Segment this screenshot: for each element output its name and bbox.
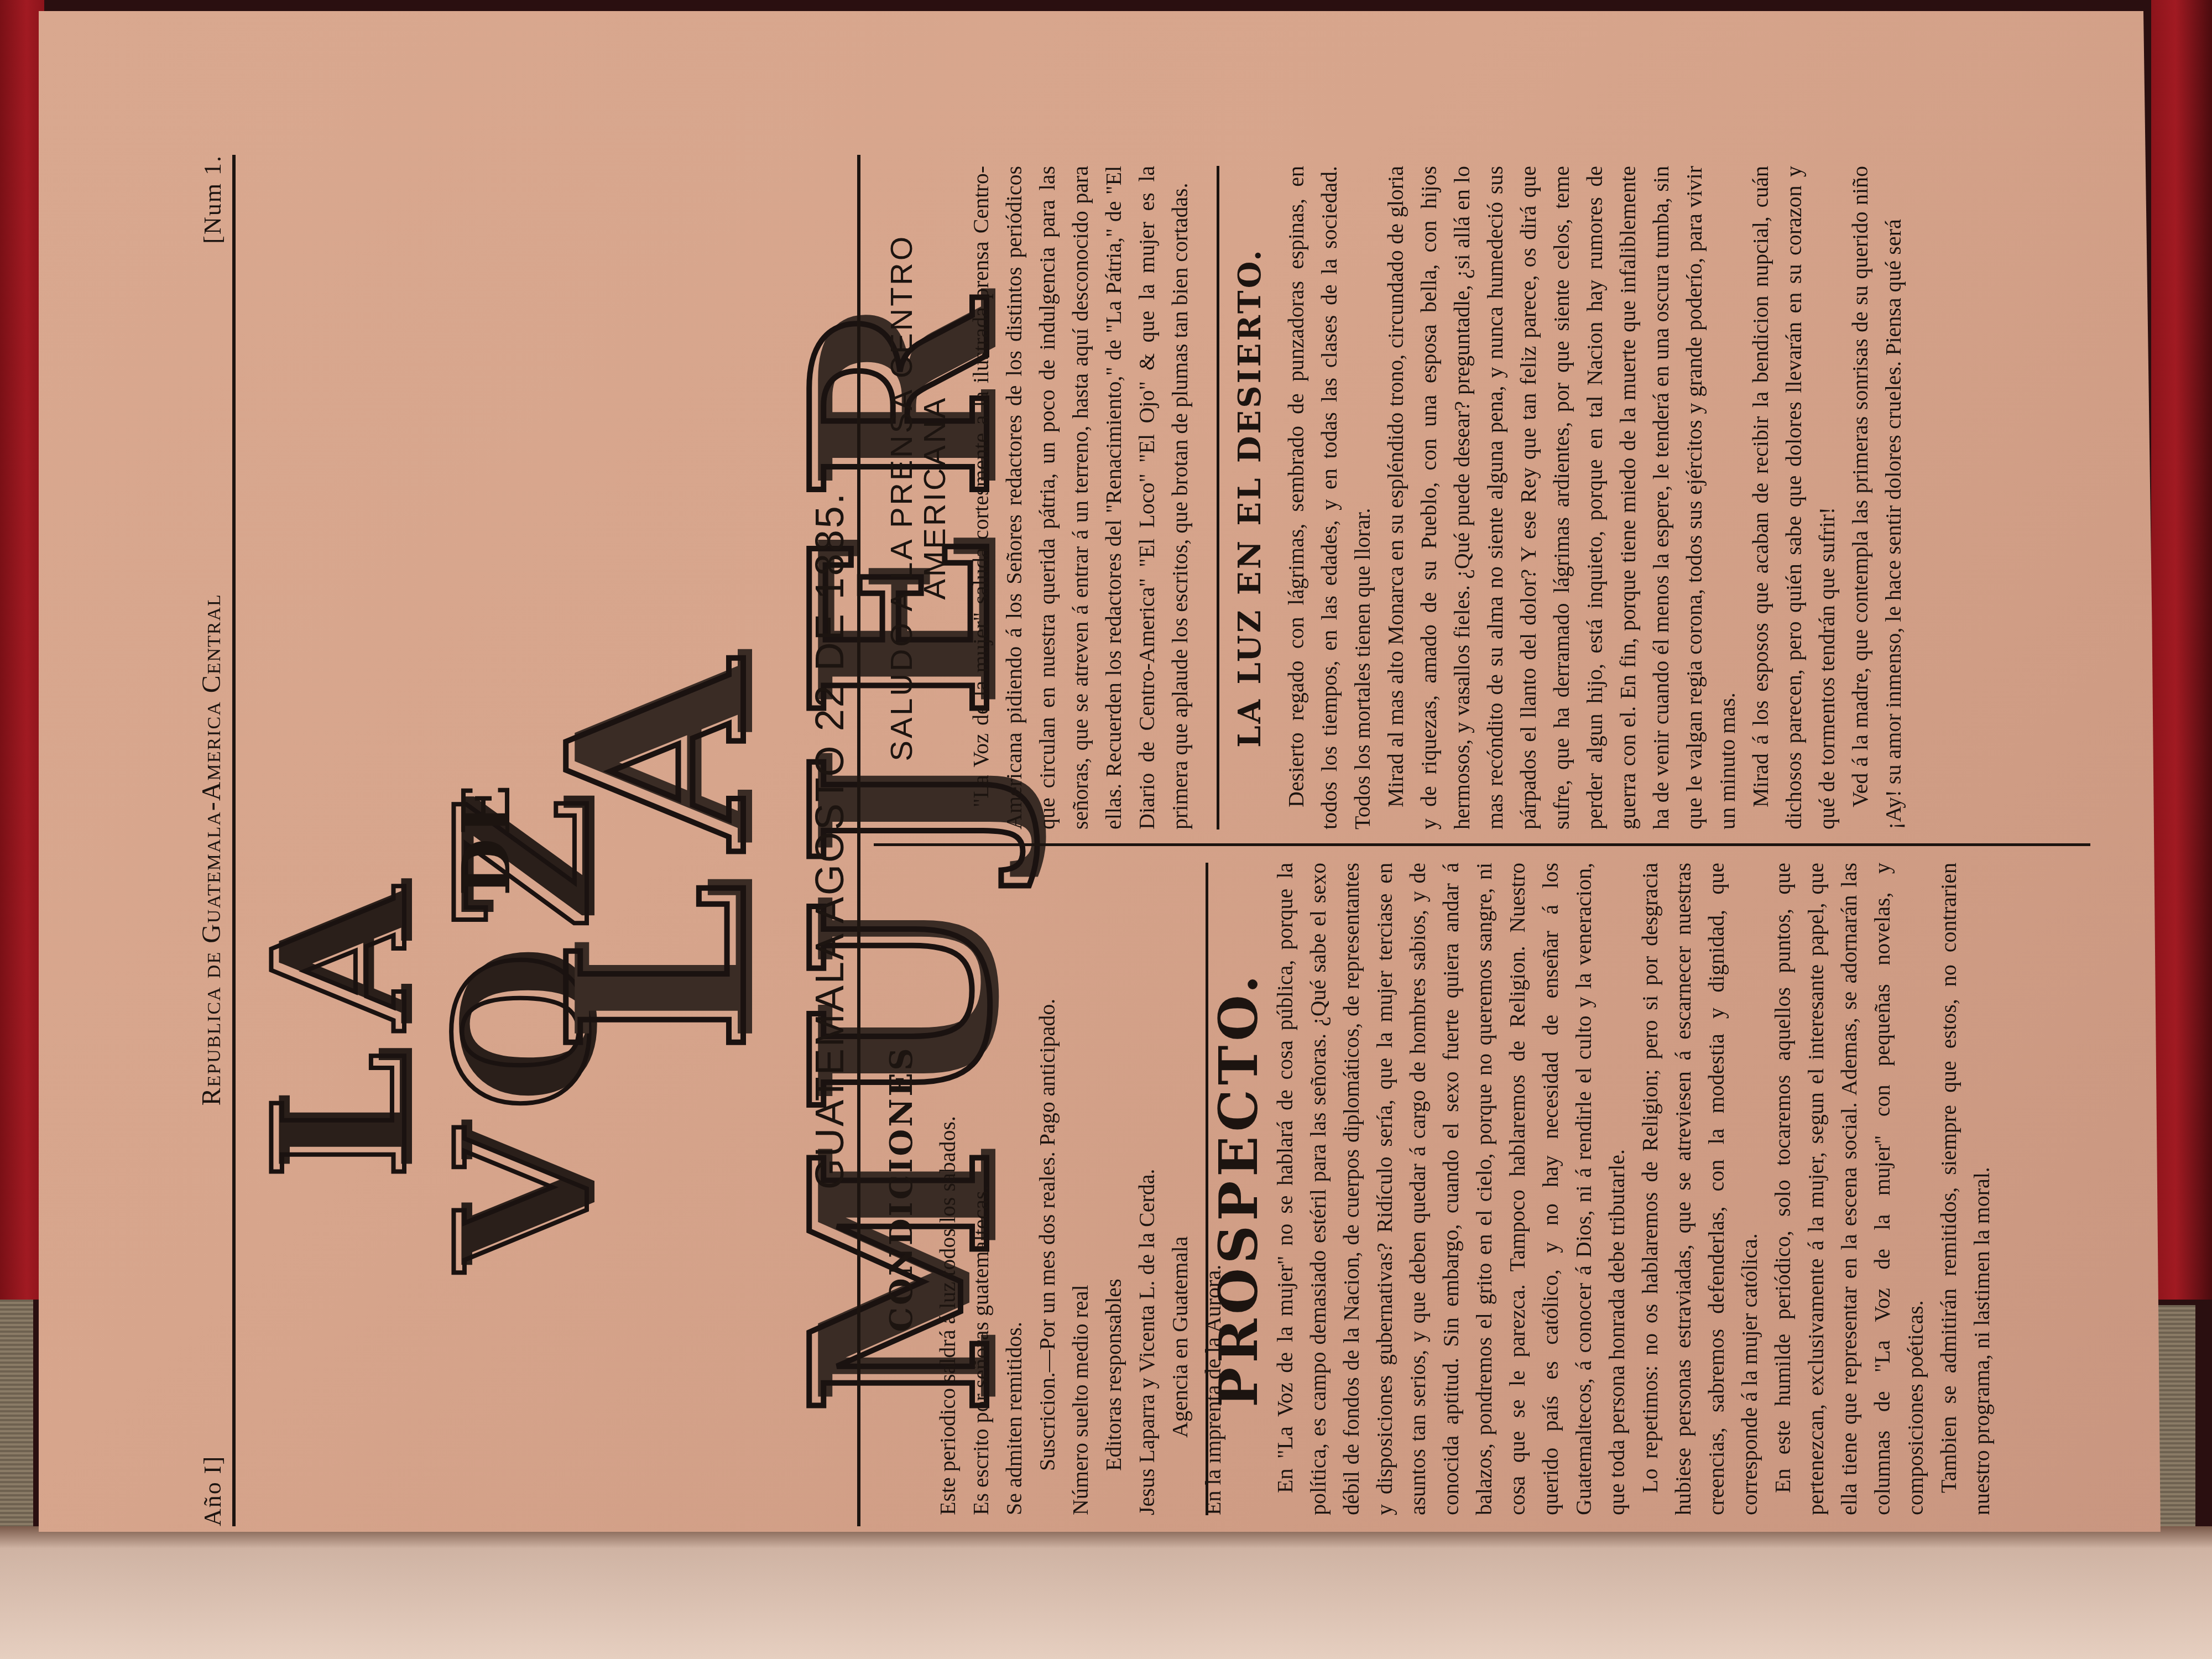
year-label: Año I]	[199, 1455, 227, 1526]
prospecto-title: PROSPECTO.	[1222, 863, 1255, 1515]
luz-paragraph: Mirad al mas alto Monarca en su espléndi…	[1379, 166, 1744, 830]
column-left: CONDICIONES Este periodico saldrá á luz …	[879, 863, 1230, 1515]
underlying-page	[0, 1526, 2212, 1659]
luz-paragraph: Ved á la madre, que contempla las primer…	[1844, 166, 1910, 830]
cloth-spine-left	[0, 1300, 33, 1532]
rotated-page-content: Año I] Republica de Guatemala-America Ce…	[166, 133, 2212, 1548]
column-right: SALUDO A LA PRENSA CENTRO AMERICANA "La …	[879, 166, 1197, 830]
masthead-de: DE	[453, 785, 520, 896]
prospecto-paragraph: En "La Voz de la mujer" no se hablará de…	[1269, 863, 1634, 1515]
red-book-binding-left	[0, 0, 44, 1300]
saludo-title: SALUDO A LA PRENSA CENTRO AMERICANA	[885, 166, 951, 830]
condiciones-line: Jesus Laparra y Vicenta L. de la Cerda.	[1130, 863, 1164, 1515]
region-label: Republica de Guatemala-America Central	[196, 593, 227, 1105]
newspaper-sheet: Año I] Republica de Guatemala-America Ce…	[39, 11, 2173, 1532]
header-line: Año I] Republica de Guatemala-America Ce…	[188, 155, 227, 1526]
column-divider	[874, 843, 2090, 846]
condiciones-line: Agencia en Guatemala	[1164, 863, 1197, 1515]
luz-paragraph: Mirad á los esposos que acaban de recibi…	[1744, 166, 1844, 830]
condiciones-title: CONDICIONES	[885, 863, 918, 1515]
condiciones-line: Editoras responsables	[1097, 863, 1130, 1515]
condiciones-line: Número suelto medio real	[1064, 863, 1097, 1515]
issue-number: [Num 1.	[199, 155, 227, 244]
red-book-binding-right	[2151, 0, 2212, 1300]
condiciones-line: Es escrito por señoras guatemaltecas.	[964, 863, 998, 1515]
luz-title: LA LUZ EN EL DESIERTO.	[1233, 166, 1266, 830]
prospecto-paragraph: En este humilde periódico, solo tocaremo…	[1766, 863, 1932, 1515]
luz-article: LA LUZ EN EL DESIERTO. Desierto regado c…	[1228, 166, 1910, 830]
condiciones-line: Se admiten remitidos.	[998, 863, 1031, 1515]
prospecto-article: PROSPECTO. En "La Voz de la mujer" no se…	[1217, 863, 1999, 1515]
condiciones-line: Este periodico saldrá á luz todos los sa…	[931, 863, 964, 1515]
header-rule	[232, 155, 236, 1526]
prospecto-paragraph: Tambien se admitirán remitidos, siempre …	[1932, 863, 1999, 1515]
dateline-rule	[857, 155, 860, 1526]
dateline: GUATEMALA AGOSTO 22 DE 1885.	[807, 155, 853, 1526]
prospecto-paragraph: Lo repetimos: no os hablaremos de Religi…	[1634, 863, 1766, 1515]
saludo-paragraph: "La Voz de la mujer" saluda cortesmente …	[964, 166, 1197, 830]
saludo-rule	[1217, 166, 1219, 830]
luz-paragraph: Desierto regado con lágrimas, sembrado d…	[1280, 166, 1379, 830]
condiciones-line: Suscricion.—Por un mes dos reales. Pago …	[1031, 863, 1064, 1515]
